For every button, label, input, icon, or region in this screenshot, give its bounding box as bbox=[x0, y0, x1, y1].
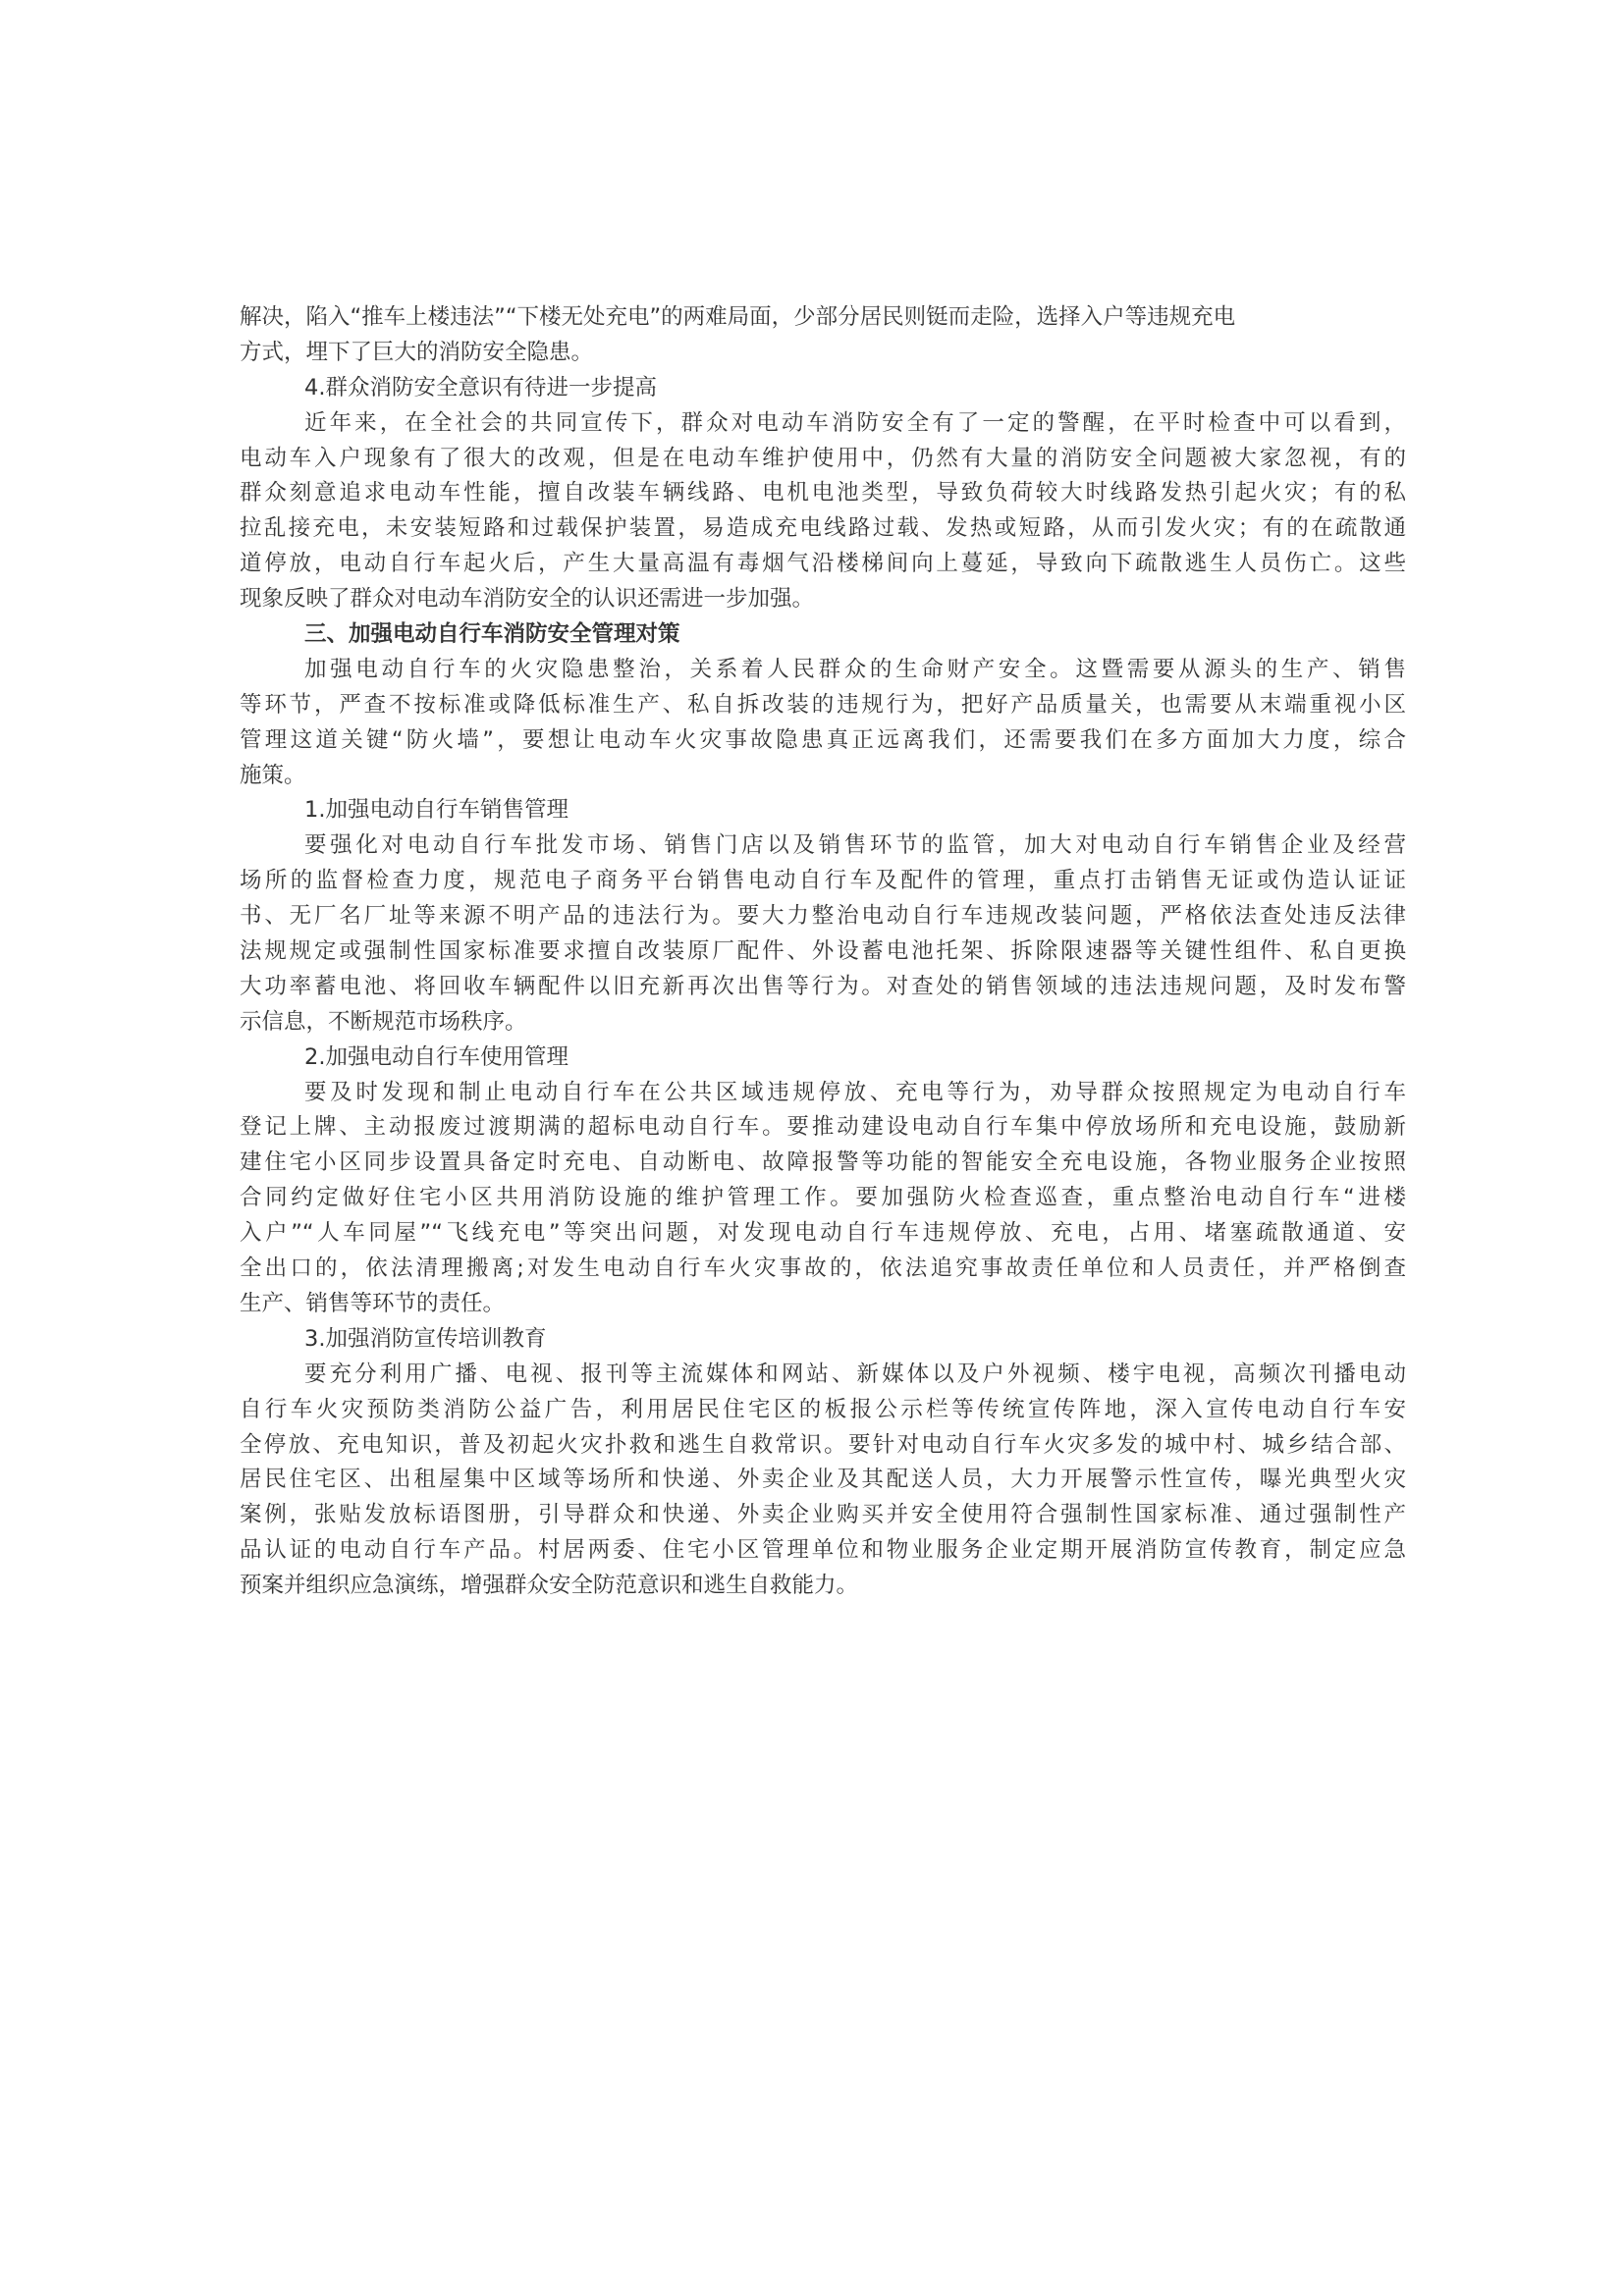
text-line: 近年来，在全社会的共同宣传下，群众对电动车消防安全有了一定的警醒，在平时检查中可… bbox=[240, 406, 1406, 442]
text-line: 书、无厂名厂址等来源不明产品的违法行为。要大力整治电动自行车违规改装问题，严格依… bbox=[240, 899, 1406, 934]
text-line: 登记上牌、主动报废过渡期满的超标电动自行车。要推动建设电动自行车集中停放场所和充… bbox=[240, 1110, 1406, 1146]
text-line: 要充分利用广播、电视、报刊等主流媒体和网站、新媒体以及户外视频、楼宇电视，高频次… bbox=[240, 1358, 1406, 1393]
text-line: 现象反映了群众对电动车消防安全的认识还需进一步加强。 bbox=[240, 582, 1406, 617]
text-line: 入户”“人车同屋”“飞线充电”等突出问题，对发现电动自行车违规停放、充电，占用、… bbox=[240, 1216, 1406, 1252]
text-line: 等环节，严查不按标准或降低标准生产、私自拆改装的违规行为，把好产品质量关，也需要… bbox=[240, 688, 1406, 723]
text-line: 品认证的电动自行车产品。村居两委、住宅小区管理单位和物业服务企业定期开展消防宣传… bbox=[240, 1533, 1406, 1569]
text-line: 方式，埋下了巨大的消防安全隐患。 bbox=[240, 336, 1406, 371]
text-line: 法规规定或强制性国家标准要求擅自改装原厂配件、外设蓄电池托架、拆除限速器等关键性… bbox=[240, 934, 1406, 970]
text-line: 合同约定做好住宅小区共用消防设施的维护管理工作。要加强防火检查巡查，重点整治电动… bbox=[240, 1181, 1406, 1216]
text-line: 群众刻意追求电动车性能，擅自改装车辆线路、电机电池类型，导致负荷较大时线路发热引… bbox=[240, 476, 1406, 511]
subsection-heading: 1.加强电动自行车销售管理 bbox=[240, 793, 1406, 828]
text-line: 加强电动自行车的火灾隐患整治，关系着人民群众的生命财产安全。这暨需要从源头的生产… bbox=[240, 653, 1406, 688]
text-line: 自行车火灾预防类消防公益广告，利用居民住宅区的板报公示栏等传统宣传阵地，深入宣传… bbox=[240, 1393, 1406, 1428]
text-line: 案例，张贴发放标语图册，引导群众和快递、外卖企业购买并安全使用符合强制性国家标准… bbox=[240, 1498, 1406, 1533]
text-line: 示信息，不断规范市场秩序。 bbox=[240, 1005, 1406, 1041]
document-page: 解决，陷入“推车上楼违法”“下楼无处充电”的两难局面，少部分居民则铤而走险，选择… bbox=[240, 300, 1406, 1604]
text-line: 生产、销售等环节的责任。 bbox=[240, 1287, 1406, 1322]
text-line: 道停放，电动自行车起火后，产生大量高温有毒烟气沿楼梯间向上蔓延，导致向下疏散逃生… bbox=[240, 547, 1406, 582]
text-line: 居民住宅区、出租屋集中区域等场所和快递、外卖企业及其配送人员，大力开展警示性宣传… bbox=[240, 1463, 1406, 1498]
text-line: 场所的监督检查力度，规范电子商务平台销售电动自行车及配件的管理，重点打击销售无证… bbox=[240, 864, 1406, 899]
text-line: 电动车入户现象有了很大的改观，但是在电动车维护使用中，仍然有大量的消防安全问题被… bbox=[240, 442, 1406, 477]
subsection-heading: 4.群众消防安全意识有待进一步提高 bbox=[240, 371, 1406, 406]
text-line: 要及时发现和制止电动自行车在公共区域违规停放、充电等行为，劝导群众按照规定为电动… bbox=[240, 1076, 1406, 1111]
subsection-heading: 3.加强消防宣传培训教育 bbox=[240, 1322, 1406, 1358]
subsection-heading: 2.加强电动自行车使用管理 bbox=[240, 1041, 1406, 1076]
text-line: 大功率蓄电池、将回收车辆配件以旧充新再次出售等行为。对查处的销售领域的违法违规问… bbox=[240, 970, 1406, 1005]
text-line: 解决，陷入“推车上楼违法”“下楼无处充电”的两难局面，少部分居民则铤而走险，选择… bbox=[240, 300, 1406, 336]
text-line: 全出口的，依法清理搬离;对发生电动自行车火灾事故的，依法追究事故责任单位和人员责… bbox=[240, 1252, 1406, 1287]
text-line: 施策。 bbox=[240, 759, 1406, 794]
text-line: 建住宅小区同步设置具备定时充电、自动断电、故障报警等功能的智能安全充电设施，各物… bbox=[240, 1146, 1406, 1181]
text-line: 预案并组织应急演练，增强群众安全防范意识和逃生自救能力。 bbox=[240, 1569, 1406, 1604]
text-line: 全停放、充电知识，普及初起火灾扑救和逃生自救常识。要针对电动自行车火灾多发的城中… bbox=[240, 1428, 1406, 1464]
text-line: 拉乱接充电，未安装短路和过载保护装置，易造成充电线路过载、发热或短路，从而引发火… bbox=[240, 511, 1406, 547]
text-line: 管理这道关键“防火墙”，要想让电动车火灾事故隐患真正远离我们，还需要我们在多方面… bbox=[240, 723, 1406, 759]
section-heading: 三、加强电动自行车消防安全管理对策 bbox=[240, 617, 1406, 653]
text-line: 要强化对电动自行车批发市场、销售门店以及销售环节的监管，加大对电动自行车销售企业… bbox=[240, 828, 1406, 864]
